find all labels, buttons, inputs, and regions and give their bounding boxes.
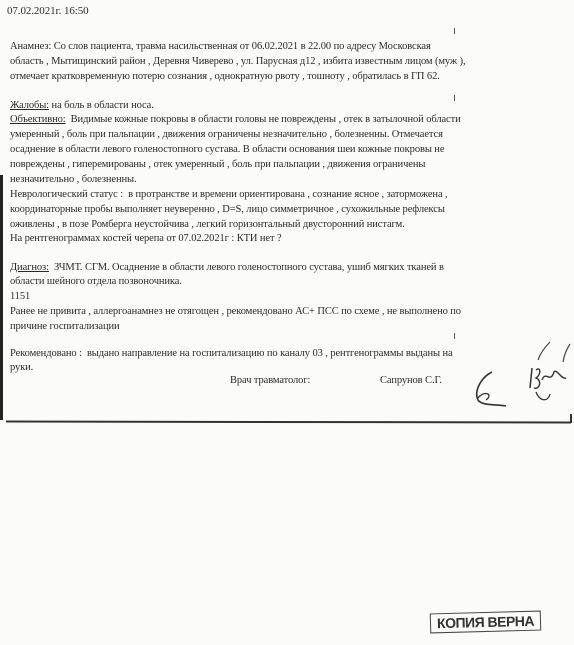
record-code: 1151 — [10, 290, 30, 304]
anamnesis-line-3: отмечает кратковременную потерю сознания… — [10, 70, 440, 84]
record-datetime: 07.02.2021г. 16:50 — [7, 4, 89, 18]
anamnesis-label: Анамнез: — [10, 41, 51, 52]
doctor-role: Врач травматолог: — [230, 374, 310, 388]
scan-mark — [454, 95, 455, 101]
page-border-bottom — [6, 421, 571, 424]
objective-line-5: незначительно , болезненны. — [10, 173, 136, 187]
page-border-left — [0, 175, 3, 420]
neuro-label: Неврологический статус : — [10, 189, 123, 200]
page-border-right — [570, 414, 572, 423]
objective-line-3: осаднение в области левого голеностопног… — [10, 143, 444, 157]
copy-certified-stamp: КОПИЯ ВЕРНА — [430, 611, 542, 634]
neuro-line-3: оживлены , в позе Ромберга неустойчива ,… — [10, 218, 405, 232]
objective-label: Объективно: — [10, 114, 66, 125]
objective-line-1: Объективно: Видимые кожные покровы в обл… — [10, 113, 461, 127]
complaints: Жалобы: на боль в области носа. — [10, 99, 154, 113]
vaccination-line-2: причине госпитализации — [10, 320, 120, 334]
neuro-line-2: координаторные пробы выполняет неуверенн… — [10, 203, 445, 217]
scan-mark — [454, 28, 455, 34]
signature-icon — [470, 340, 574, 415]
xray-note: На рентгенограммах костей черепа от 07.0… — [10, 232, 282, 246]
objective-line-2: умеренный , боль при пальпации , движени… — [10, 128, 443, 142]
complaints-label: Жалобы: — [10, 100, 49, 111]
objective-line-4: повреждены , гиперемированы , отек умере… — [10, 158, 425, 172]
scanned-medical-record: 07.02.2021г. 16:50 Анамнез: Со слов паци… — [0, 0, 574, 645]
recommended-line-2: руки. — [10, 361, 33, 375]
anamnesis-line-2: область , Мытищинский район , Деревня Чи… — [10, 55, 466, 69]
vaccination-line-1: Ранее не привита , аллергоанамнез не отя… — [10, 305, 461, 319]
anamnesis-line-1: Анамнез: Со слов пациента, травма насиль… — [10, 40, 431, 54]
diagnosis-label: Диагноз: — [10, 262, 49, 273]
diagnosis-line-2: области шейного отдела позвоночника. — [10, 275, 182, 289]
recommended-label: Рекомендовано : — [10, 348, 82, 359]
doctor-name: Сапрунов С.Г. — [380, 374, 442, 388]
neuro-line-1: Неврологический статус : в протранстве и… — [10, 188, 448, 202]
scan-mark — [454, 333, 455, 339]
recommended-line-1: Рекомендовано : выдано направление на го… — [10, 347, 453, 361]
diagnosis-line-1: Диагноз: ЗЧМТ. СГМ. Осаднение в области … — [10, 261, 444, 275]
